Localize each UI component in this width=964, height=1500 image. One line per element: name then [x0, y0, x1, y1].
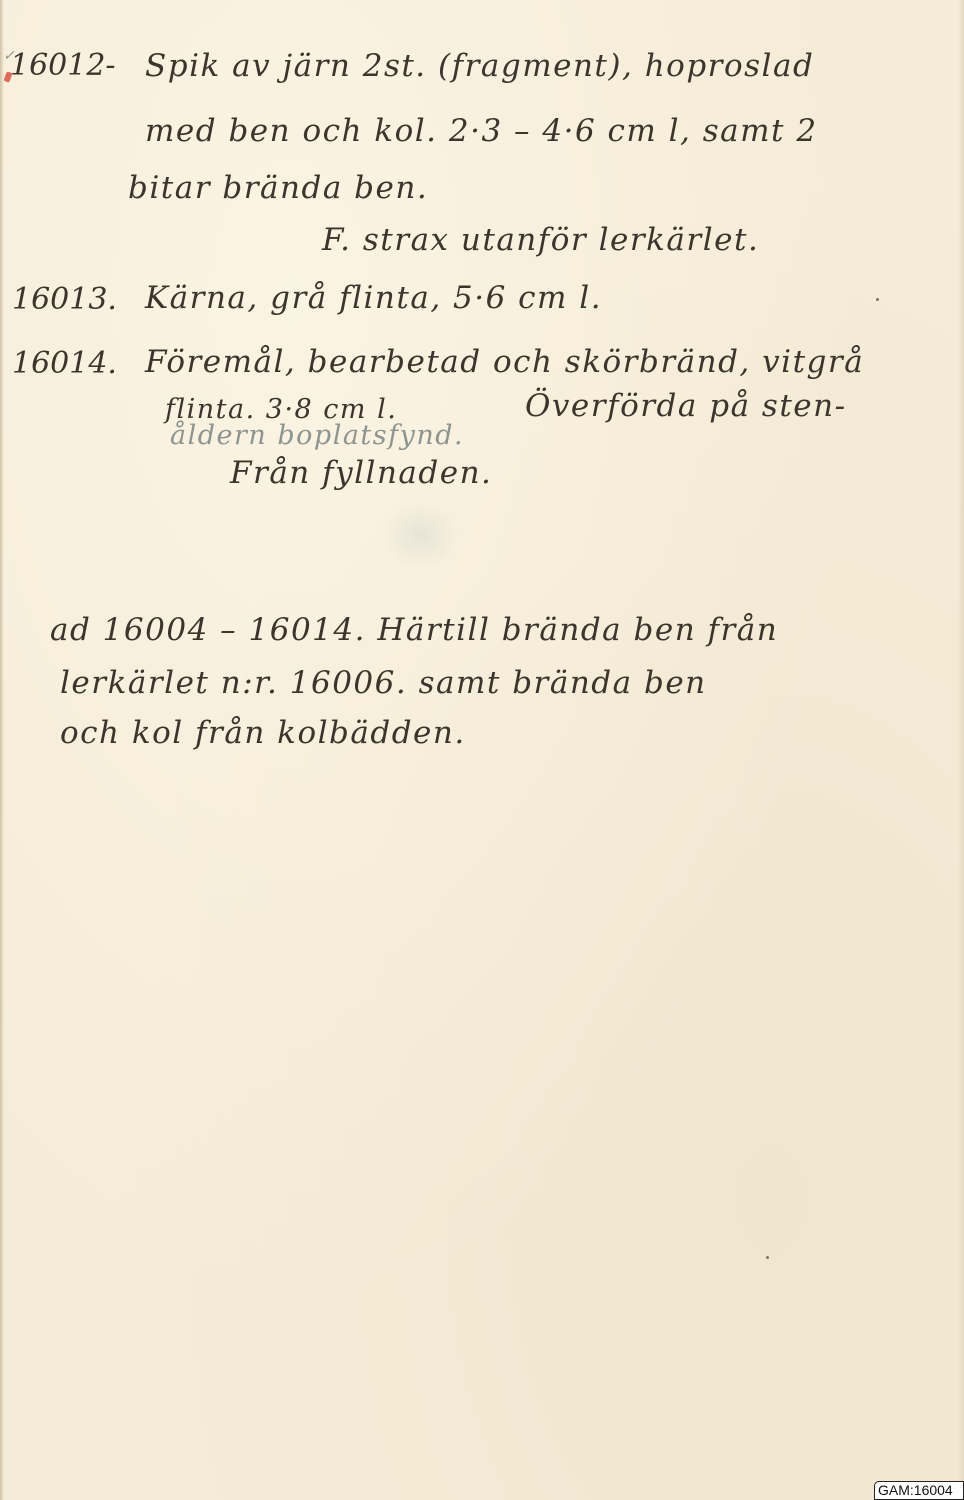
entry-transfer-note: Överförda på sten-: [525, 388, 847, 424]
entry-pencil-note: åldern boplatsfynd.: [170, 420, 464, 451]
entry-findspot: Från fyllnaden.: [230, 455, 492, 491]
entry-line: med ben och kol. 2·3 – 4·6 cm l, samt 2: [145, 113, 818, 149]
entry-line: Kärna, grå flinta, 5·6 cm l.: [145, 280, 602, 316]
entry-number: 16013.: [12, 282, 117, 317]
note-line: lerkärlet n:r. 16006. samt brända ben: [60, 665, 707, 701]
paper-smudge: [380, 500, 460, 570]
entry-number: 16014.: [12, 346, 117, 381]
entry-number: 16012-: [10, 48, 116, 83]
ink-speck: [876, 298, 879, 301]
paper-left-edge: [0, 0, 4, 1500]
entry-findspot: F. strax utanför lerkärlet.: [322, 222, 759, 258]
note-line: ad 16004 – 16014. Härtill brända ben frå…: [50, 612, 778, 648]
catalogue-card: ✓ 16012- Spik av järn 2st. (fragment), h…: [0, 0, 964, 1500]
paper-right-edge: [958, 0, 964, 1500]
note-line: och kol från kolbädden.: [60, 715, 466, 751]
catalogue-id-label: GAM:16004: [874, 1481, 964, 1500]
ink-speck: [766, 1256, 769, 1259]
entry-line: bitar brända ben.: [128, 170, 428, 206]
entry-line: Spik av järn 2st. (fragment), hoproslad: [145, 48, 814, 84]
entry-line: Föremål, bearbetad och skörbränd, vitgrå: [145, 344, 864, 380]
